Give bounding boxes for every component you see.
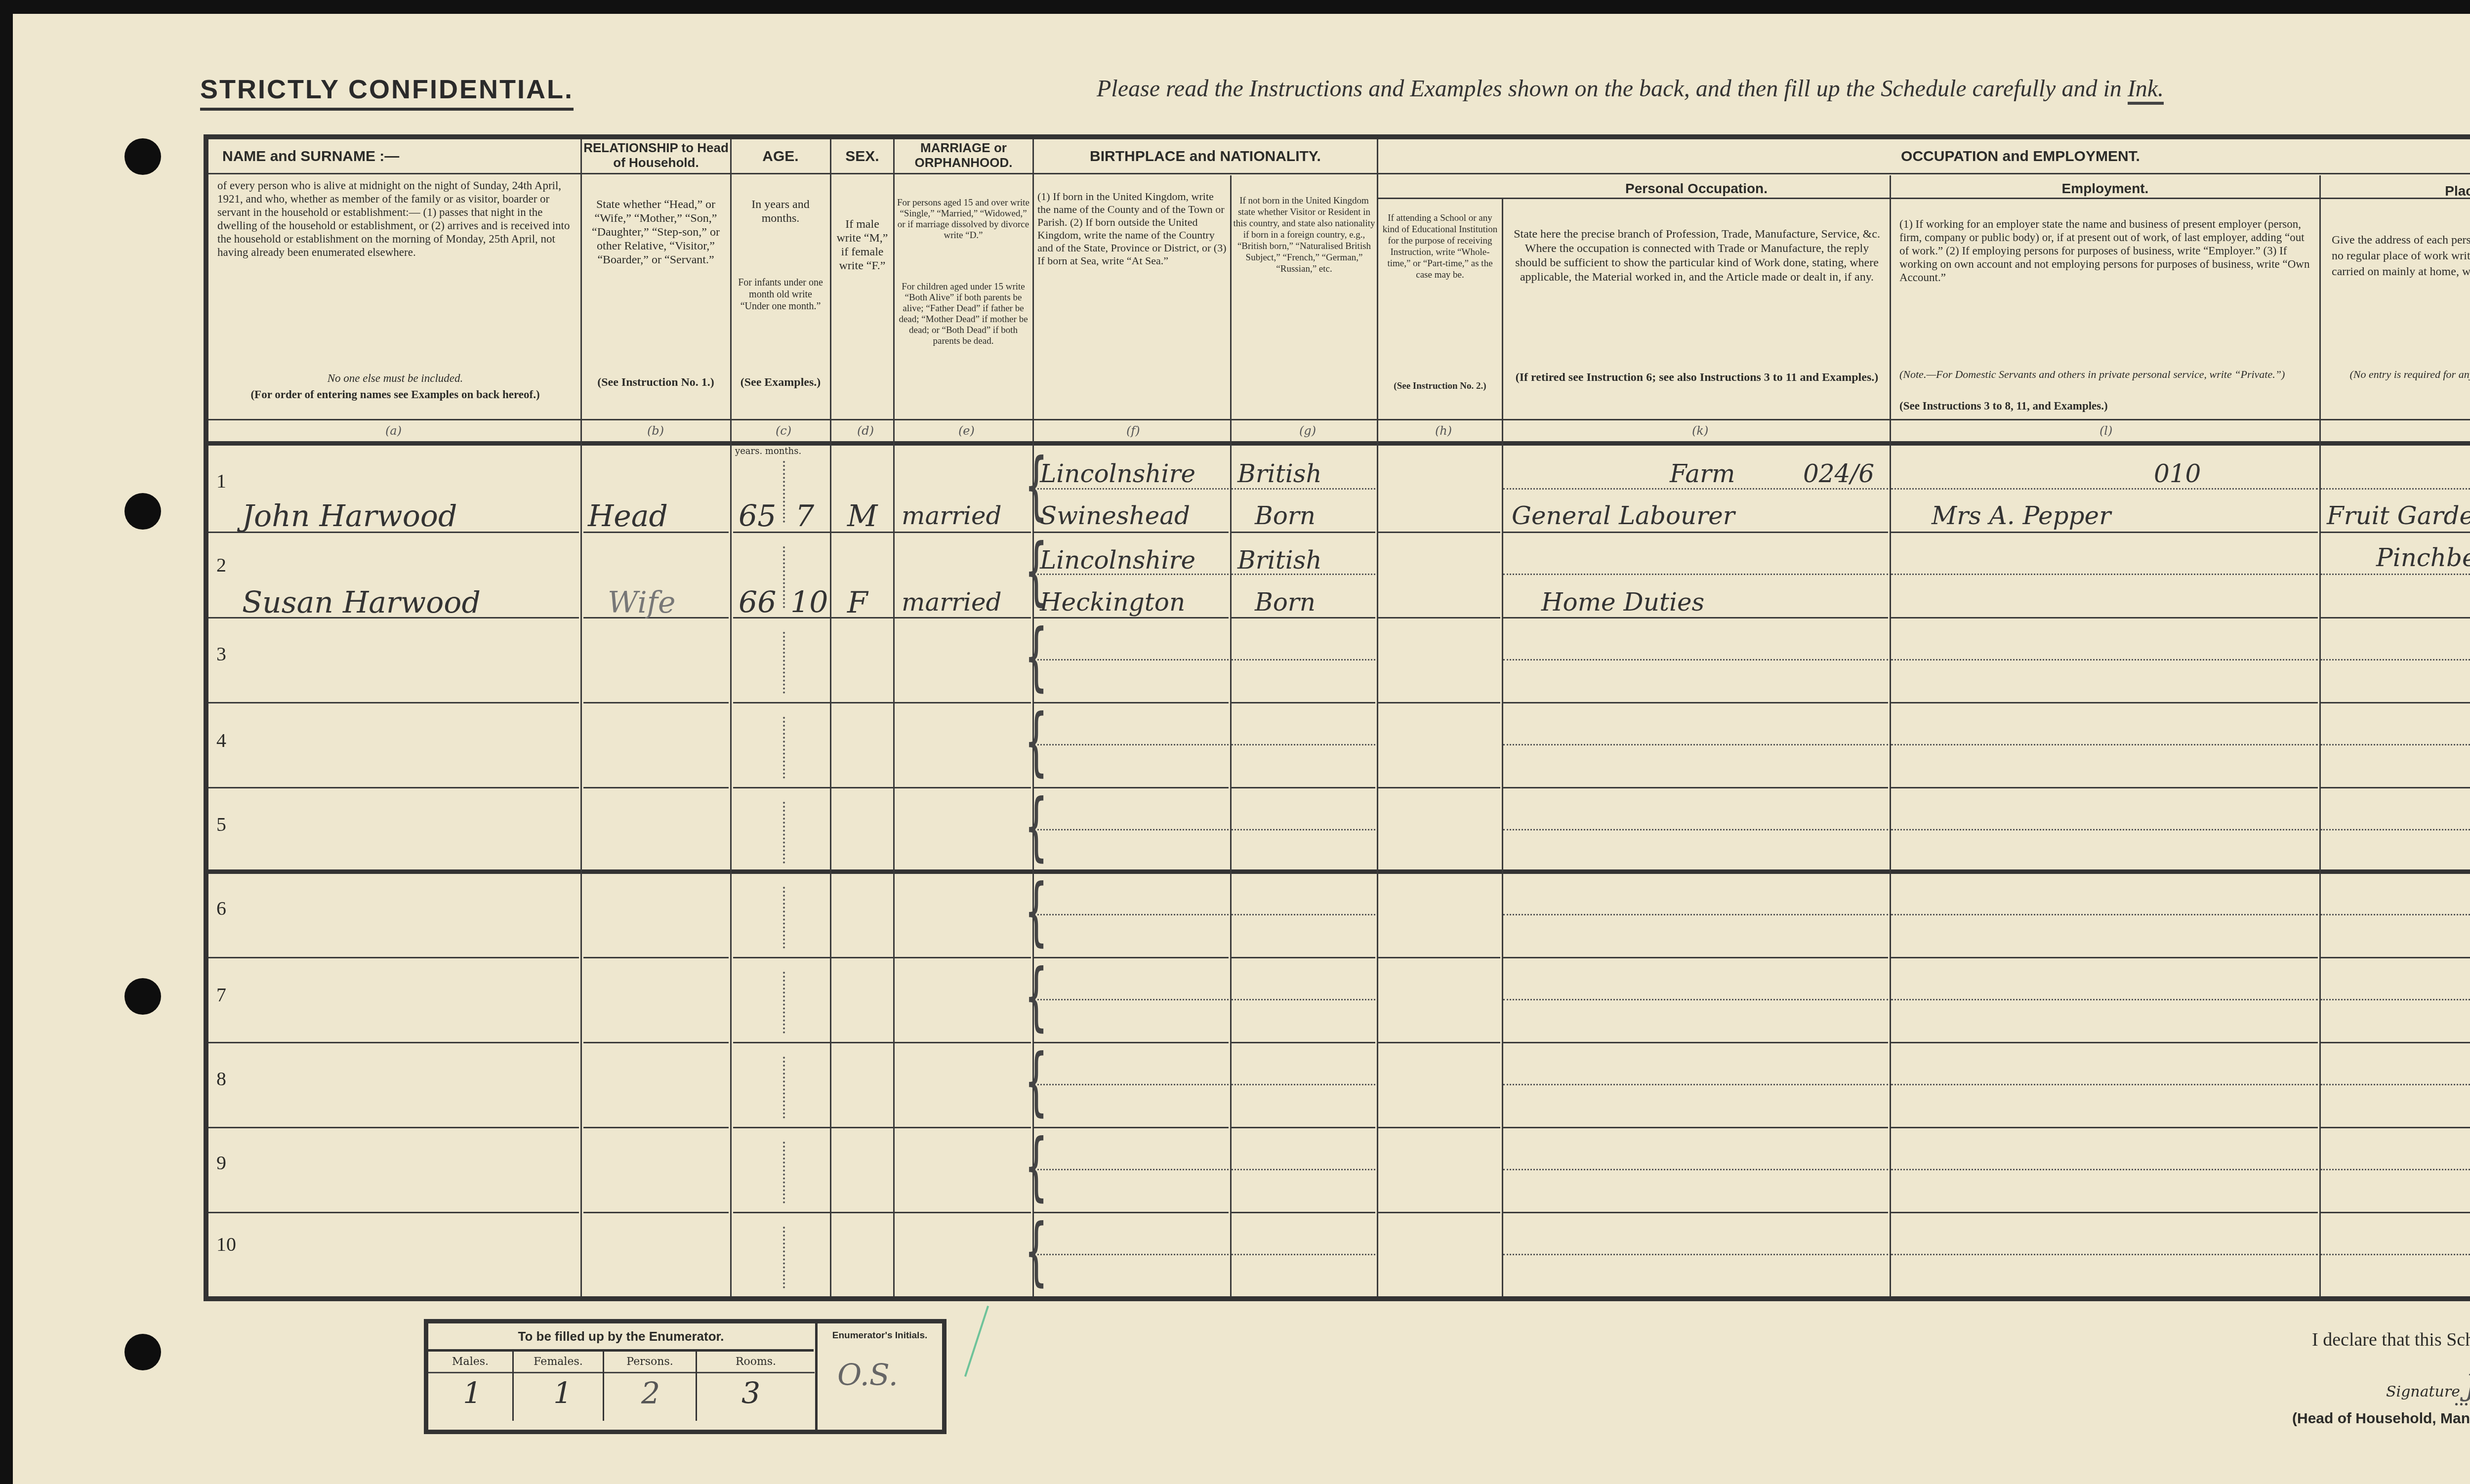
mid-table-rule bbox=[208, 869, 2470, 874]
row-subdivider bbox=[1232, 659, 1375, 660]
birthplace-brace-icon: { bbox=[1025, 959, 1048, 1033]
age-months[interactable]: 10 bbox=[790, 585, 828, 620]
row-divider bbox=[1503, 702, 1888, 703]
row-divider bbox=[1503, 617, 1888, 618]
row-divider bbox=[1232, 702, 1375, 703]
row-divider bbox=[2321, 957, 2470, 958]
column-letter-l: (l) bbox=[2099, 424, 2112, 438]
occupation-instructions: State here the precise branch of Profess… bbox=[1509, 227, 1885, 285]
initials-label: Enumerator's Initials. bbox=[818, 1323, 942, 1341]
row-divider bbox=[733, 1042, 1031, 1043]
row-divider bbox=[583, 1127, 729, 1128]
row-subdivider bbox=[2321, 659, 2470, 660]
row-divider bbox=[1232, 1042, 1375, 1043]
row-subdivider bbox=[1891, 1084, 2318, 1085]
row-divider bbox=[2321, 1212, 2470, 1213]
place-of-work[interactable]: Fruit Gardener bbox=[2327, 501, 2470, 530]
place-of-work-town[interactable]: Pinchbeck bbox=[2376, 543, 2470, 572]
row-subdivider bbox=[2321, 829, 2470, 830]
sex[interactable]: F bbox=[847, 585, 868, 620]
nationality-line-1[interactable]: British bbox=[1237, 459, 1322, 488]
row-divider bbox=[1232, 1212, 1375, 1213]
birthplace-brace-icon: { bbox=[1025, 1044, 1048, 1118]
row-divider bbox=[1232, 787, 1375, 788]
row-divider bbox=[1378, 787, 1500, 788]
sex-instructions: If male write “M,” if female write “F.” bbox=[834, 217, 891, 273]
signature-note: (Head of Household, Manager of Establish… bbox=[2292, 1410, 2470, 1427]
enumerator-summary-box: To be filled up by the Enumerator. Enume… bbox=[424, 1319, 947, 1434]
row-divider bbox=[733, 702, 1031, 703]
marriage-instructions: For persons aged 15 and over write “Sing… bbox=[897, 198, 1030, 241]
age-separator bbox=[783, 461, 785, 523]
age-separator bbox=[783, 546, 785, 608]
nationality-line-2[interactable]: Born bbox=[1255, 501, 1316, 530]
declaration-text: I declare that this Schedule is correctl… bbox=[2312, 1329, 2470, 1351]
person-name[interactable]: Susan Harwood bbox=[242, 585, 481, 620]
row-subdivider bbox=[2321, 1254, 2470, 1255]
summary-heading: To be filled up by the Enumerator. bbox=[428, 1323, 814, 1352]
heading-relationship: RELATIONSHIP to Head of Household. bbox=[582, 140, 730, 170]
age-note: For infants under one month old write “U… bbox=[734, 277, 827, 312]
birthplace-brace-icon: { bbox=[1025, 1129, 1048, 1203]
row-subdivider bbox=[1503, 1169, 1888, 1170]
row-divider bbox=[583, 957, 729, 958]
row-subdivider bbox=[1034, 999, 1229, 1000]
column-letter-c: (c) bbox=[776, 424, 791, 438]
row-subdivider bbox=[1891, 1169, 2318, 1170]
row-divider bbox=[1891, 1127, 2318, 1128]
row-divider bbox=[583, 787, 729, 788]
rooms-value[interactable]: 3 bbox=[741, 1376, 760, 1411]
column-divider bbox=[580, 139, 582, 1296]
birthplace-brace-icon: { bbox=[1025, 619, 1048, 694]
row-subdivider bbox=[1891, 999, 2318, 1000]
birthplace-county[interactable]: Lincolnshire bbox=[1040, 546, 1195, 575]
row-divider bbox=[1034, 532, 1229, 533]
row-number: 3 bbox=[216, 642, 226, 665]
punch-hole bbox=[124, 978, 161, 1015]
marriage-note: For children aged under 15 write “Both A… bbox=[897, 282, 1030, 347]
row-subdivider bbox=[1503, 999, 1888, 1000]
row-divider bbox=[583, 1212, 729, 1213]
row-subdivider bbox=[1503, 829, 1888, 830]
column-divider bbox=[1502, 198, 1503, 1296]
row-divider bbox=[1378, 1212, 1500, 1213]
notice-ink-word: Ink. bbox=[2128, 76, 2164, 105]
relationship[interactable]: Head bbox=[588, 499, 668, 534]
row-divider bbox=[2321, 617, 2470, 618]
age-instructions: In years and months. bbox=[734, 198, 827, 225]
nationality-line-2[interactable]: Born bbox=[1255, 588, 1316, 617]
relationship-note: (See Instruction No. 1.) bbox=[585, 375, 726, 389]
row-divider bbox=[1891, 1042, 2318, 1043]
row-divider bbox=[583, 702, 729, 703]
males-value[interactable]: 1 bbox=[463, 1376, 482, 1411]
name-instructions: of every person who is alive at midnight… bbox=[217, 179, 573, 259]
age-subheading: years. months. bbox=[735, 446, 801, 456]
column-divider bbox=[893, 139, 895, 1296]
person-name[interactable]: John Harwood bbox=[242, 499, 457, 534]
column-letter-g: (g) bbox=[1299, 424, 1316, 438]
row-divider bbox=[1891, 1212, 2318, 1213]
row-divider bbox=[733, 957, 1031, 958]
signature-line bbox=[2455, 1403, 2470, 1405]
birthplace-brace-icon: { bbox=[1025, 704, 1048, 779]
occupation-code: 024/6 bbox=[1803, 459, 1874, 488]
age-separator bbox=[783, 1142, 785, 1203]
row-divider bbox=[1891, 617, 2318, 618]
row-subdivider bbox=[1891, 574, 2318, 575]
row-number: 9 bbox=[216, 1151, 226, 1174]
row-subdivider bbox=[1891, 914, 2318, 915]
heading-personal-occupation: Personal Occupation. bbox=[1503, 180, 1890, 197]
row-subdivider bbox=[2321, 488, 2470, 490]
row-divider bbox=[733, 787, 1031, 788]
column-letter-k: (k) bbox=[1692, 424, 1708, 438]
heading-name: NAME and SURNAME :— bbox=[222, 148, 420, 165]
signature[interactable]: John Harwood bbox=[2465, 1368, 2470, 1403]
row-divider bbox=[2321, 532, 2470, 533]
sex[interactable]: M bbox=[847, 499, 877, 534]
row-divider bbox=[208, 702, 579, 703]
row-divider bbox=[733, 1127, 1031, 1128]
row-divider bbox=[1503, 957, 1888, 958]
row-divider bbox=[208, 1212, 579, 1213]
row-subdivider bbox=[1034, 1254, 1229, 1255]
place-of-work-instructions: Give the address of each person's place … bbox=[2332, 232, 2470, 280]
row-subdivider bbox=[1232, 829, 1375, 830]
age-separator bbox=[783, 1227, 785, 1288]
column-letter-e: (e) bbox=[958, 424, 975, 438]
row-number: 10 bbox=[216, 1233, 236, 1256]
instructions-divider bbox=[208, 419, 2470, 420]
header-bottom-rule bbox=[208, 441, 2470, 446]
row-divider bbox=[1232, 957, 1375, 958]
row-divider bbox=[1034, 1212, 1229, 1213]
page-title: STRICTLY CONFIDENTIAL. bbox=[200, 74, 574, 111]
row-subdivider bbox=[2321, 1169, 2470, 1170]
instructions-notice: Please read the Instructions and Example… bbox=[1097, 75, 2164, 102]
birthplace-county[interactable]: Lincolnshire bbox=[1040, 459, 1195, 488]
row-subdivider bbox=[1891, 1254, 2318, 1255]
persons-label: Persons. bbox=[604, 1352, 696, 1373]
heading-employment: Employment. bbox=[1891, 180, 2319, 197]
row-subdivider bbox=[1891, 659, 2318, 660]
row-divider bbox=[1034, 1042, 1229, 1043]
row-divider bbox=[733, 532, 1031, 533]
row-number: 2 bbox=[216, 553, 226, 577]
heading-place-of-work: Place of Work. bbox=[2321, 183, 2470, 200]
age-separator bbox=[783, 1057, 785, 1118]
initials-cell: Enumerator's Initials. O.S. bbox=[815, 1323, 942, 1430]
heading-marriage: MARRIAGE or ORPHANHOOD. bbox=[895, 140, 1032, 170]
row-divider bbox=[1378, 1042, 1500, 1043]
heading-age: AGE. bbox=[731, 148, 830, 165]
females-value[interactable]: 1 bbox=[553, 1376, 572, 1411]
age-note-2: (See Examples.) bbox=[734, 375, 827, 389]
name-note: No one else must be included. bbox=[217, 371, 573, 385]
column-letter-d: (d) bbox=[857, 424, 874, 438]
row-divider bbox=[2321, 787, 2470, 788]
row-subdivider bbox=[1232, 914, 1375, 915]
age-months[interactable]: 7 bbox=[795, 499, 814, 534]
employer[interactable]: Mrs A. Pepper bbox=[1932, 501, 2111, 530]
heading-occupation: OCCUPATION and EMPLOYMENT. bbox=[1378, 148, 2470, 165]
row-divider bbox=[208, 1042, 579, 1043]
age-years[interactable]: 65 bbox=[739, 499, 776, 534]
row-number: 1 bbox=[216, 469, 226, 493]
persons-cell: Persons. 2 bbox=[604, 1352, 697, 1421]
age-years[interactable]: 66 bbox=[739, 585, 776, 620]
row-divider bbox=[2321, 1042, 2470, 1043]
column-divider bbox=[1890, 175, 1891, 1297]
column-letter-b: (b) bbox=[647, 424, 664, 438]
birthplace-brace-icon: { bbox=[1025, 1214, 1048, 1288]
heading-birthplace: BIRTHPLACE and NATIONALITY. bbox=[1034, 148, 1377, 165]
signature-label: Signature bbox=[2386, 1383, 2460, 1401]
employment-note-2: (See Instructions 3 to 8, 11, and Exampl… bbox=[1899, 399, 2314, 413]
marriage-status[interactable]: married bbox=[902, 501, 1002, 530]
occupation-note: (If retired see Instruction 6; see also … bbox=[1509, 371, 1885, 385]
row-subdivider bbox=[1503, 659, 1888, 660]
row-subdivider bbox=[2321, 574, 2470, 575]
row-divider bbox=[583, 1042, 729, 1043]
row-divider bbox=[1503, 1127, 1888, 1128]
row-divider bbox=[1232, 532, 1375, 533]
row-divider bbox=[2321, 702, 2470, 703]
age-separator bbox=[783, 632, 785, 694]
row-subdivider bbox=[1232, 1084, 1375, 1085]
row-divider bbox=[1891, 957, 2318, 958]
heading-divider bbox=[208, 173, 1377, 174]
column-letter-h: (h) bbox=[1435, 424, 1452, 438]
females-label: Females. bbox=[514, 1352, 603, 1373]
row-subdivider bbox=[1232, 488, 1375, 490]
row-divider bbox=[1034, 1127, 1229, 1128]
column-letter-a: (a) bbox=[385, 424, 402, 438]
age-separator bbox=[783, 717, 785, 779]
row-divider bbox=[1034, 787, 1229, 788]
row-subdivider bbox=[1891, 829, 2318, 830]
row-subdivider bbox=[1034, 1169, 1229, 1170]
column-divider bbox=[830, 139, 831, 1296]
row-divider bbox=[1503, 1042, 1888, 1043]
row-divider bbox=[1378, 702, 1500, 703]
relationship-instructions: State whether “Head,” or “Wife,” “Mother… bbox=[585, 198, 726, 267]
name-note-2: (For order of entering names see Example… bbox=[217, 388, 573, 402]
census-table bbox=[204, 134, 2470, 1301]
row-divider bbox=[1378, 617, 1500, 618]
row-divider bbox=[1378, 1127, 1500, 1128]
punch-hole bbox=[124, 138, 161, 175]
row-number: 8 bbox=[216, 1067, 226, 1090]
row-subdivider bbox=[1232, 1254, 1375, 1255]
row-subdivider bbox=[2321, 744, 2470, 745]
row-divider bbox=[1891, 787, 2318, 788]
occupation[interactable]: Home Duties bbox=[1541, 588, 1704, 617]
row-subdivider bbox=[1503, 744, 1888, 745]
males-label: Males. bbox=[428, 1352, 512, 1373]
nationality-instructions: If not born in the United Kingdom state … bbox=[1233, 195, 1376, 275]
nationality-line-1[interactable]: British bbox=[1237, 546, 1322, 575]
row-subdivider bbox=[2321, 1084, 2470, 1085]
row-subdivider bbox=[2321, 914, 2470, 915]
school-instructions: If attending a School or any kind of Edu… bbox=[1381, 212, 1499, 281]
column-divider bbox=[1377, 139, 1378, 1296]
punch-hole bbox=[124, 1334, 161, 1370]
row-subdivider bbox=[2321, 999, 2470, 1000]
persons-value[interactable]: 2 bbox=[641, 1376, 660, 1411]
row-divider bbox=[208, 1127, 579, 1128]
row-number: 4 bbox=[216, 729, 226, 752]
notice-text: Please read the Instructions and Example… bbox=[1097, 76, 2122, 102]
age-separator bbox=[783, 972, 785, 1033]
row-subdivider bbox=[1034, 488, 1229, 490]
birthplace-brace-icon: { bbox=[1025, 789, 1048, 864]
row-subdivider bbox=[1034, 829, 1229, 830]
row-number: 7 bbox=[216, 983, 226, 1006]
birthplace-town[interactable]: Heckington bbox=[1040, 588, 1185, 617]
rooms-cell: Rooms. 3 bbox=[697, 1352, 815, 1421]
row-divider bbox=[1503, 1212, 1888, 1213]
row-divider bbox=[1034, 617, 1229, 618]
row-subdivider bbox=[1503, 914, 1888, 915]
row-divider bbox=[1034, 702, 1229, 703]
row-divider bbox=[1891, 702, 2318, 703]
row-subdivider bbox=[1891, 488, 2318, 490]
column-divider bbox=[2319, 175, 2321, 1297]
birthplace-instructions: (1) If born in the United Kingdom, write… bbox=[1037, 190, 1228, 267]
row-divider bbox=[1891, 532, 2318, 533]
occupation-line-1[interactable]: Farm bbox=[1670, 459, 1735, 488]
row-number: 5 bbox=[216, 813, 226, 836]
row-subdivider bbox=[1503, 488, 1888, 490]
row-subdivider bbox=[1034, 744, 1229, 745]
row-subdivider bbox=[1034, 659, 1229, 660]
row-divider bbox=[2321, 1127, 2470, 1128]
row-subdivider bbox=[1034, 914, 1229, 915]
row-subdivider bbox=[1232, 1169, 1375, 1170]
occupation-subheading-divider bbox=[1378, 198, 2470, 199]
employer-code: 010 bbox=[2154, 459, 2201, 488]
age-separator bbox=[783, 802, 785, 864]
row-divider bbox=[1378, 957, 1500, 958]
row-subdivider bbox=[1503, 574, 1888, 575]
school-note: (See Instruction No. 2.) bbox=[1381, 380, 1499, 392]
column-divider bbox=[1230, 175, 1232, 1297]
marriage-status[interactable]: married bbox=[902, 588, 1002, 617]
females-cell: Females. 1 bbox=[514, 1352, 604, 1421]
employment-note: (Note.—For Domestic Servants and others … bbox=[1899, 368, 2314, 381]
occupation[interactable]: General Labourer bbox=[1512, 501, 1735, 530]
row-divider bbox=[1232, 617, 1375, 618]
relationship[interactable]: Wife bbox=[608, 585, 676, 620]
rooms-label: Rooms. bbox=[697, 1352, 815, 1373]
row-subdivider bbox=[1232, 999, 1375, 1000]
column-letter-f: (f) bbox=[1126, 424, 1140, 438]
row-divider bbox=[208, 787, 579, 788]
row-divider bbox=[1378, 532, 1500, 533]
row-divider bbox=[1232, 1127, 1375, 1128]
birthplace-town[interactable]: Swineshead bbox=[1040, 501, 1190, 530]
place-of-work-note: (No entry is required for any person who… bbox=[2332, 368, 2470, 381]
row-divider bbox=[1503, 787, 1888, 788]
row-divider bbox=[733, 1212, 1031, 1213]
birthplace-brace-icon: { bbox=[1025, 874, 1048, 948]
column-divider bbox=[730, 139, 732, 1296]
punch-hole bbox=[124, 493, 161, 530]
row-divider bbox=[733, 617, 1031, 618]
heading-sex: SEX. bbox=[831, 148, 893, 165]
row-subdivider bbox=[1891, 744, 2318, 745]
row-subdivider bbox=[1034, 1084, 1229, 1085]
row-subdivider bbox=[1503, 1254, 1888, 1255]
initials-value[interactable]: O.S. bbox=[837, 1358, 898, 1393]
row-subdivider bbox=[1232, 744, 1375, 745]
row-number: 6 bbox=[216, 897, 226, 920]
age-separator bbox=[783, 887, 785, 948]
row-divider bbox=[1034, 957, 1229, 958]
males-cell: Males. 1 bbox=[428, 1352, 514, 1421]
row-divider bbox=[208, 957, 579, 958]
heading-divider bbox=[1378, 173, 2470, 174]
row-divider bbox=[1503, 532, 1888, 533]
employment-instructions: (1) If working for an employer state the… bbox=[1899, 217, 2314, 284]
row-subdivider bbox=[1503, 1084, 1888, 1085]
